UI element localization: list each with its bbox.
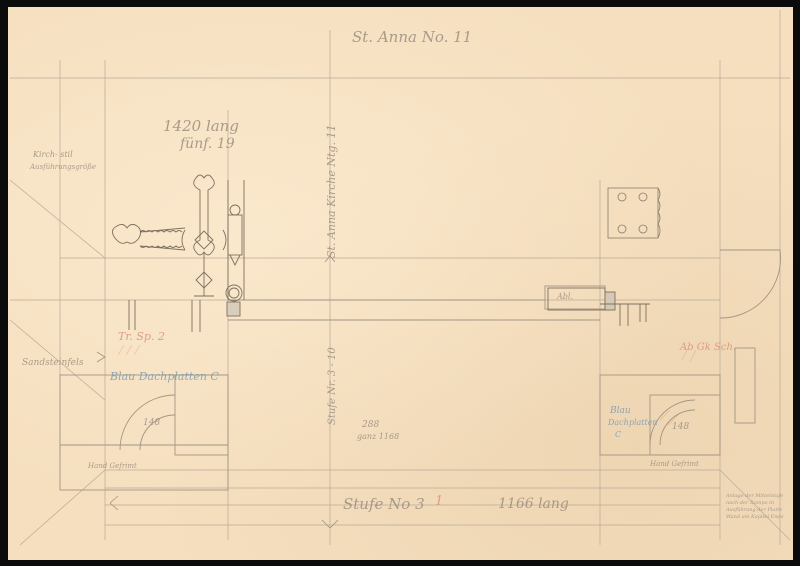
wall-box-label: Abl. (557, 292, 573, 301)
blue-right-label-2: Dachplatten (608, 418, 658, 427)
length-subnote-top-left: fünf. 19 (180, 136, 235, 152)
right-lower-note: Hand Gefrimt (650, 460, 699, 468)
margin-note-2: Ausführungsgröße (30, 163, 96, 171)
left-side-label: Sandsteinfels (22, 358, 83, 368)
left-quarter-value: 148 (143, 418, 160, 428)
margin-note-1: Kirch- stil (33, 150, 73, 159)
corner-note: Anlage der Mittelstufe nach der Rampe in… (726, 493, 788, 521)
blue-right-label-3: C (615, 430, 621, 439)
right-quarter-value: 148 (672, 422, 689, 432)
ornamental-hinge (112, 175, 244, 332)
sheet-title: St. Anna No. 11 (352, 28, 472, 46)
architectural-plan (0, 0, 800, 566)
vertical-label-lower: Stufe Nr. 3 - 10 (327, 347, 338, 425)
left-lower-note: Hand Gefrimt (88, 462, 137, 470)
blue-left-label: Blau Dachplatten C (110, 370, 219, 383)
blue-right-label-1: Blau (610, 406, 631, 416)
center-value: 288 (362, 420, 379, 430)
dimension-arrows (97, 256, 338, 528)
length-note-top-left: 1420 lang (163, 117, 239, 135)
red-step-mark: 1 (435, 494, 443, 509)
step-number-label: Stufe No 3 (343, 495, 425, 513)
hinge-plate-detail (608, 188, 660, 238)
bottom-length-note: 1166 lang (498, 496, 569, 512)
center-subvalue: ganz 1168 (357, 432, 399, 441)
red-right-label: Ab Gk Sch. (680, 342, 736, 353)
red-left-label: Tr. Sp. 2 (118, 330, 165, 343)
vertical-label-upper: St. Anna Kirche Ntg. 11 (325, 125, 338, 258)
